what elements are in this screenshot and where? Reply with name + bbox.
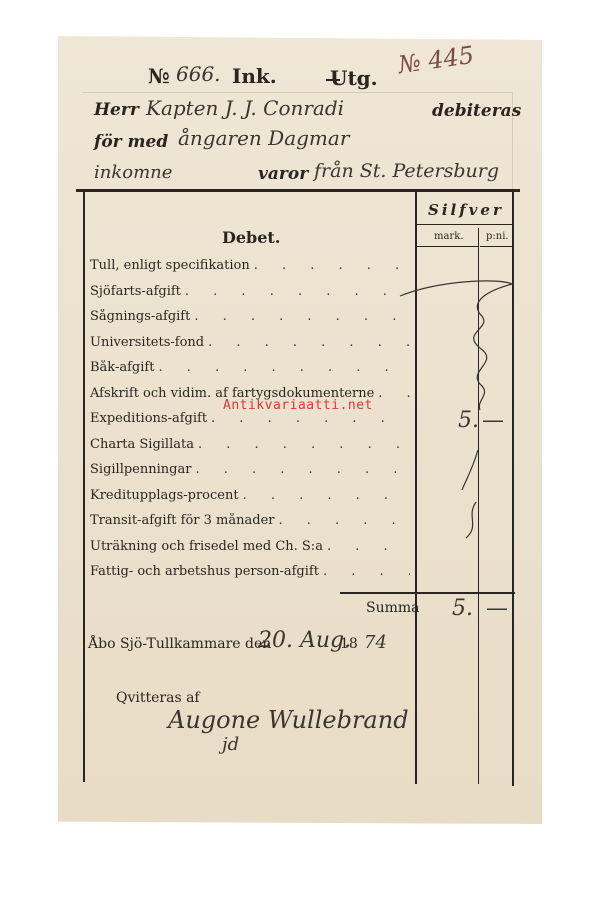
column-header-mark: mark. (434, 231, 463, 242)
fee-label: Sigillpenningar (90, 462, 195, 477)
fee-label: Universitets-fond (90, 335, 208, 350)
fee-label: Expeditions-afgift (90, 411, 211, 426)
currency-header: Silfver (428, 201, 504, 219)
dot-leader: . . . . . . . . . . . . . . . . . . . . (195, 462, 410, 477)
year-printed: 18 (340, 636, 358, 652)
summa-pni-value: — (486, 596, 508, 621)
fee-row: Fattig- och arbetshus person-afgift. . .… (90, 564, 410, 590)
signature: Augone Wullebrand (168, 706, 409, 734)
fran-value: från St. Petersburg (314, 160, 499, 182)
fee-label: Fattig- och arbetshus person-afgift (90, 564, 323, 579)
fee-label: Charta Sigillata (90, 437, 198, 452)
fee-row: Sågnings-afgift. . . . . . . . . . . . .… (90, 309, 410, 335)
herr-value: Kapten J. J. Conradi (146, 96, 344, 120)
fee-label: Tull, enligt specifikation (90, 258, 254, 273)
summa-label: Summa (366, 600, 420, 616)
number-value: 666. (176, 62, 221, 86)
dot-leader: . . . . . . . . . . . . . . . . . . . . (323, 564, 410, 579)
fee-label: Kreditupplags-procent (90, 488, 243, 503)
currency-header-rule (417, 224, 512, 225)
fee-label: Sågnings-afgift (90, 309, 194, 324)
fee-row: Kreditupplags-procent. . . . . . . . . .… (90, 488, 410, 514)
dot-leader: . . . . . . . . . . . . . . . . . . . . (194, 309, 410, 324)
fee-label: Sjöfarts-afgift (90, 284, 185, 299)
dot-leader: . . . . . . . . . . . . . . . . . . . . (185, 284, 410, 299)
fee-row: Båk-afgift. . . . . . . . . . . . . . . … (90, 360, 410, 386)
expedition-fee-mark-value: 5. (458, 408, 479, 433)
qvitteras-label: Qvitteras af (116, 690, 200, 706)
utg-label: Utg. (330, 66, 378, 90)
table-top-rule (76, 189, 520, 192)
debiteras-label: debiteras (432, 101, 521, 121)
table-left-border (83, 192, 85, 782)
column-header-pni: p:ni. (486, 231, 509, 242)
fee-row: Charta Sigillata. . . . . . . . . . . . … (90, 437, 410, 463)
herr-label: Herr (94, 100, 139, 120)
date-value: 20. Aug. (258, 628, 351, 653)
dot-leader: . . . . . . . . . . . . . . . . . . . . (198, 437, 410, 452)
utg-strikethrough (326, 79, 340, 81)
fee-row: Uträkning och frisedel med Ch. S:a. . . … (90, 539, 410, 565)
summa-mark-value: 5. (452, 596, 473, 621)
ink-label: Ink. (232, 64, 277, 88)
fee-list: Tull, enligt specifikation. . . . . . . … (90, 258, 410, 590)
fee-label: Uträkning och frisedel med Ch. S:a (90, 539, 327, 554)
fee-row: Universitets-fond. . . . . . . . . . . .… (90, 335, 410, 361)
fee-row: Transit-afgift för 3 månader. . . . . . … (90, 513, 410, 539)
column-header-rule-pni (480, 246, 512, 247)
expedition-fee-pni-value: — (482, 408, 504, 433)
fee-row: Expeditions-afgift. . . . . . . . . . . … (90, 411, 410, 437)
for-med-value: ångaren Dagmar (178, 126, 349, 150)
dot-leader: . . . . . . . . . . . . . . . . . . . . (158, 360, 410, 375)
number-label: № (148, 64, 170, 88)
fee-row: Sjöfarts-afgift. . . . . . . . . . . . .… (90, 284, 410, 310)
year-handwritten: 74 (364, 632, 387, 653)
fee-row: Sigillpenningar. . . . . . . . . . . . .… (90, 462, 410, 488)
watermark: Antikvariaatti.net (223, 398, 373, 413)
summa-rule (340, 592, 515, 594)
table-title: Debet. (222, 228, 280, 247)
for-med-label: för med (94, 132, 168, 152)
fee-row: Tull, enligt specifikation. . . . . . . … (90, 258, 410, 284)
column-header-rule-mark (417, 246, 478, 247)
varor-label: varor (258, 164, 308, 184)
place-label: Åbo Sjö-Tullkammare den (88, 636, 271, 652)
fee-label: Transit-afgift för 3 månader (90, 513, 278, 528)
signature-suffix: jd (222, 734, 239, 755)
inkomne-value: inkomne (94, 162, 172, 183)
fee-label: Båk-afgift (90, 360, 158, 375)
